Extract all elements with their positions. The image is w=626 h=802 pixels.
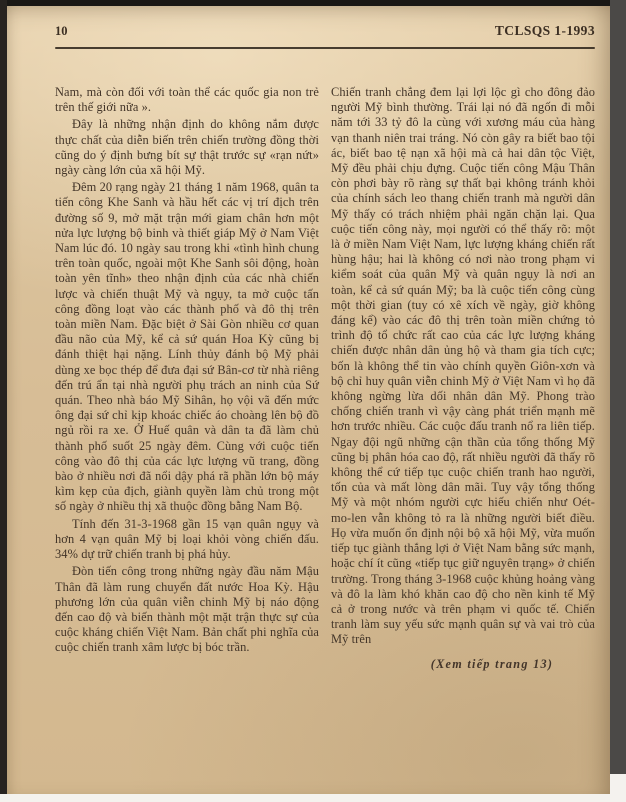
journal-title: TCLSQS 1-1993 — [495, 23, 595, 39]
scan-edge-top — [0, 0, 626, 6]
scan-edge-left — [0, 0, 7, 794]
scanned-journal-page: 10 TCLSQS 1-1993 Nam, mà còn đối với toà… — [0, 0, 626, 802]
paragraph: Đòn tiến công trong những ngày đầu năm M… — [55, 564, 319, 655]
page-header: 10 TCLSQS 1-1993 — [55, 6, 595, 39]
paragraph: Đây là những nhận định do không nắm được… — [55, 117, 319, 178]
paper: 10 TCLSQS 1-1993 Nam, mà còn đối với toà… — [7, 6, 610, 794]
paragraph: Chiến tranh chẳng đem lại lợi lộc gì cho… — [331, 85, 595, 648]
continuation-note: (Xem tiếp trang 13) — [331, 657, 595, 672]
paragraph: Tính đến 31-3-1968 gần 15 vạn quân ngụy … — [55, 517, 319, 563]
paragraph: Nam, mà còn đối với toàn thể các quốc gi… — [55, 85, 319, 115]
right-column: Chiến tranh chẳng đem lại lợi lộc gì cho… — [331, 85, 595, 672]
page-number: 10 — [55, 24, 68, 39]
scan-edge-right — [610, 0, 626, 774]
left-column: Nam, mà còn đối với toàn thể các quốc gi… — [55, 85, 319, 672]
article-body: Nam, mà còn đối với toàn thể các quốc gi… — [55, 85, 595, 672]
header-rule — [55, 47, 595, 49]
paragraph: Đêm 20 rạng ngày 21 tháng 1 năm 1968, qu… — [55, 180, 319, 514]
